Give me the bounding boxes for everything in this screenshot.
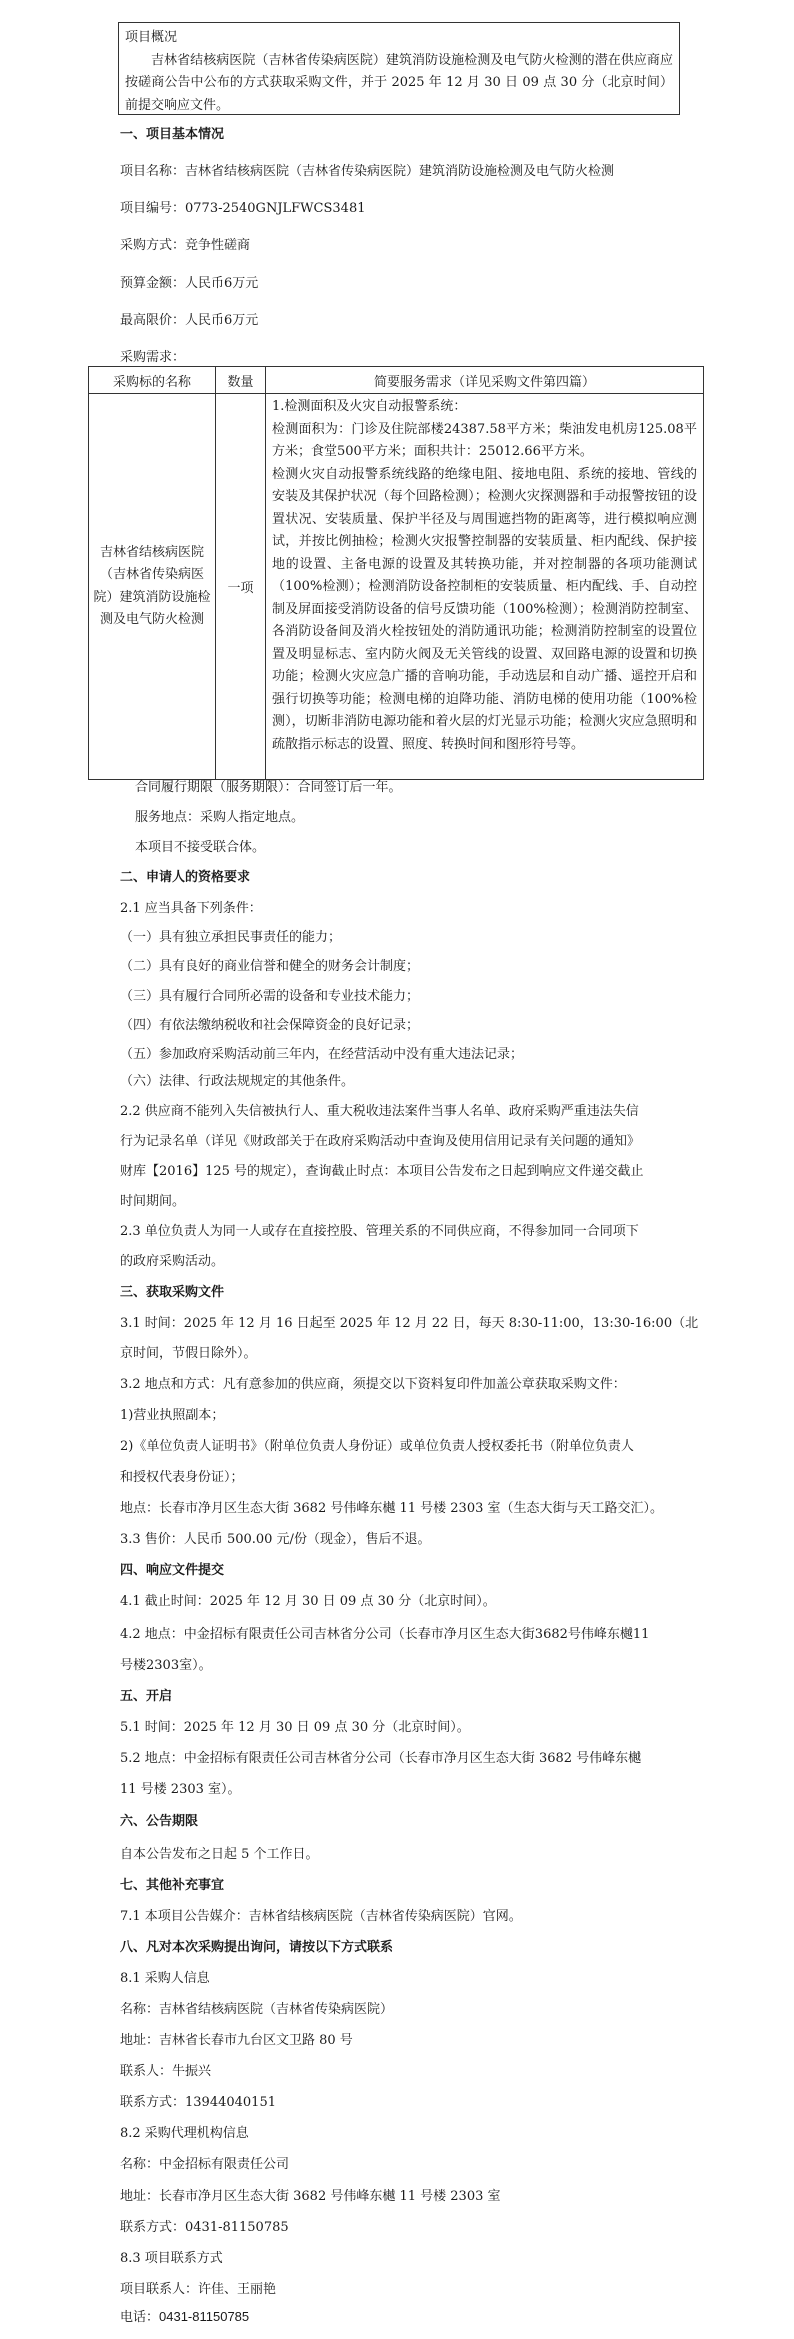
- item-2-2-line-4: 时间期间。: [120, 1190, 185, 1209]
- requirements-label: 采购需求：: [120, 346, 185, 365]
- doc-requirement-1: 1)营业执照副本；: [120, 1404, 224, 1423]
- item-5-1-time: 5.1 时间：2025 年 12 月 30 日 09 点 30 分（北京时间）。: [120, 1716, 470, 1735]
- item-4-1-deadline: 4.1 截止时间：2025 年 12 月 30 日 09 点 30 分（北京时间…: [120, 1590, 496, 1609]
- desc-para-1: 1.检测面积及火灾自动报警系统：: [272, 396, 697, 419]
- purchaser-phone: 联系方式：13944040151: [120, 2091, 276, 2110]
- item-5-2-line-1: 5.2 地点：中金招标有限责任公司吉林省分公司（长春市净月区生态大街 3682 …: [120, 1747, 641, 1766]
- doc-requirement-2-line-1: 2)《单位负责人证明书》（附单位负责人身份证）或单位负责人授权委托书（附单位负责…: [120, 1435, 634, 1454]
- condition-2: （二）具有良好的商业信誉和健全的财务会计制度；: [120, 955, 419, 974]
- item-name-cell: 吉林省结核病医院（吉林省传染病医院）建筑消防设施检测及电气防火检测: [89, 394, 216, 780]
- purchaser-info-label: 8.1 采购人信息: [120, 1967, 210, 1986]
- item-2-3-line-2: 的政府采购活动。: [120, 1250, 224, 1269]
- project-contact-phone: 0431-81150785: [159, 2309, 249, 2324]
- notice-period: 自本公告发布之日起 5 个工作日。: [120, 1843, 319, 1862]
- max-price: 最高限价：人民币6万元: [120, 309, 258, 328]
- project-code: 项目编号：0773-2540GNJLFWCS3481: [120, 197, 365, 216]
- description-cell: 1.检测面积及火灾自动报警系统： 检测面积为：门诊及住院部楼24387.58平方…: [266, 394, 704, 780]
- project-contact-phone-row: 电话：0431-81150785: [120, 2306, 249, 2325]
- item-2-1: 2.1 应当具备下列条件：: [120, 897, 262, 916]
- purchaser-contact-person: 联系人：牛振兴: [120, 2060, 211, 2079]
- pickup-location: 地点：长春市净月区生态大街 3682 号伟峰东樾 11 号楼 2303 室（生态…: [120, 1497, 663, 1516]
- table-row: 吉林省结核病医院（吉林省传染病医院）建筑消防设施检测及电气防火检测 一项 1.检…: [89, 394, 704, 780]
- item-2-2-line-3: 财库【2016】125 号的规定），查询截止时点：本项目公告发布之日起到响应文件…: [120, 1160, 644, 1179]
- desc-para-3: 检测火灾自动报警系统线路的绝缘电阻、接地电阻、系统的接地、管线的安装及其保护状况…: [272, 464, 697, 757]
- section-4-heading: 四、响应文件提交: [120, 1559, 224, 1578]
- budget-amount: 预算金额：人民币6万元: [120, 272, 258, 291]
- section-8-heading: 八、凡对本次采购提出询问，请按以下方式联系: [120, 1936, 393, 1955]
- project-name: 项目名称：吉林省结核病医院（吉林省传染病医院）建筑消防设施检测及电气防火检测: [120, 160, 614, 179]
- requirements-table: 采购标的名称 数量 简要服务需求（详见采购文件第四篇） 吉林省结核病医院（吉林省…: [88, 366, 704, 780]
- service-location: 服务地点：采购人指定地点。: [135, 806, 304, 825]
- agency-phone: 联系方式：0431-81150785: [120, 2216, 289, 2235]
- item-7-1-media: 7.1 本项目公告媒介：吉林省结核病医院（吉林省传染病医院）官网。: [120, 1905, 522, 1924]
- summary-body: 吉林省结核病医院（吉林省传染病医院）建筑消防设施检测及电气防火检测的潜在供应商应…: [125, 50, 673, 118]
- agency-address: 地址：长春市净月区生态大街 3682 号伟峰东樾 11 号楼 2303 室: [120, 2185, 501, 2204]
- item-2-2-line-2: 行为记录名单（详见《财政部关于在政府采购活动中查询及使用信用记录有关问题的通知》: [120, 1130, 640, 1149]
- section-3-heading: 三、获取采购文件: [120, 1281, 224, 1300]
- item-2-3-line-1: 2.3 单位负责人为同一人或存在直接控股、管理关系的不同供应商，不得参加同一合同…: [120, 1220, 639, 1239]
- quantity-cell: 一项: [216, 394, 266, 780]
- agency-info-label: 8.2 采购代理机构信息: [120, 2122, 249, 2141]
- project-contact-person: 项目联系人：许佳、王丽艳: [120, 2278, 276, 2297]
- item-3-1-line-1: 3.1 时间：2025 年 12 月 16 日起至 2025 年 12 月 22…: [120, 1312, 698, 1331]
- header-description: 简要服务需求（详见采购文件第四篇）: [266, 367, 704, 394]
- section-2-heading: 二、申请人的资格要求: [120, 866, 250, 885]
- item-3-1-line-2: 京时间，节假日除外）。: [120, 1342, 257, 1361]
- project-summary-box: 项目概况 吉林省结核病医院（吉林省传染病医院）建筑消防设施检测及电气防火检测的潜…: [118, 22, 680, 115]
- section-1-heading: 一、项目基本情况: [120, 123, 224, 142]
- item-4-2-line-1: 4.2 地点：中金招标有限责任公司吉林省分公司（长春市净月区生态大街3682号伟…: [120, 1623, 649, 1642]
- contract-period: 合同履行期限（服务期限）：合同签订后一年。: [135, 776, 402, 795]
- condition-4: （四）有依法缴纳税收和社会保障资金的良好记录；: [120, 1014, 419, 1033]
- consortium-note: 本项目不接受联合体。: [135, 836, 265, 855]
- item-2-2-line-1: 2.2 供应商不能列入失信被执行人、重大税收违法案件当事人名单、政府采购严重违法…: [120, 1100, 639, 1119]
- item-4-2-line-2: 号楼2303室）。: [120, 1654, 212, 1673]
- section-6-heading: 六、公告期限: [120, 1810, 198, 1829]
- item-5-2-line-2: 11 号楼 2303 室）。: [120, 1778, 241, 1797]
- desc-para-2: 检测面积为：门诊及住院部楼24387.58平方米；柴油发电机房125.08平方米…: [272, 419, 697, 464]
- section-5-heading: 五、开启: [120, 1685, 172, 1704]
- item-3-3-price: 3.3 售价：人民币 500.00 元/份（现金），售后不退。: [120, 1528, 430, 1547]
- doc-requirement-2-line-2: 和授权代表身份证）；: [120, 1466, 244, 1485]
- purchaser-name: 名称：吉林省结核病医院（吉林省传染病医院）: [120, 1998, 393, 2017]
- section-7-heading: 七、其他补充事宜: [120, 1874, 224, 1893]
- project-contact-label: 8.3 项目联系方式: [120, 2247, 223, 2266]
- item-3-2: 3.2 地点和方式：凡有意参加的供应商，须提交以下资料复印件加盖公章获取采购文件…: [120, 1373, 626, 1392]
- phone-label: 电话：: [120, 2310, 159, 2325]
- condition-1: （一）具有独立承担民事责任的能力；: [120, 926, 341, 945]
- header-item-name: 采购标的名称: [89, 367, 216, 394]
- summary-title: 项目概况: [125, 27, 673, 50]
- procurement-method: 采购方式：竞争性磋商: [120, 234, 250, 253]
- condition-5: （五）参加政府采购活动前三年内，在经营活动中没有重大违法记录；: [120, 1043, 523, 1062]
- header-quantity: 数量: [216, 367, 266, 394]
- purchaser-address: 地址：吉林省长春市九台区文卫路 80 号: [120, 2029, 353, 2048]
- condition-3: （三）具有履行合同所必需的设备和专业技术能力；: [120, 985, 419, 1004]
- agency-name: 名称：中金招标有限责任公司: [120, 2153, 289, 2172]
- condition-6: （六）法律、行政法规规定的其他条件。: [120, 1070, 354, 1089]
- table-header-row: 采购标的名称 数量 简要服务需求（详见采购文件第四篇）: [89, 367, 704, 394]
